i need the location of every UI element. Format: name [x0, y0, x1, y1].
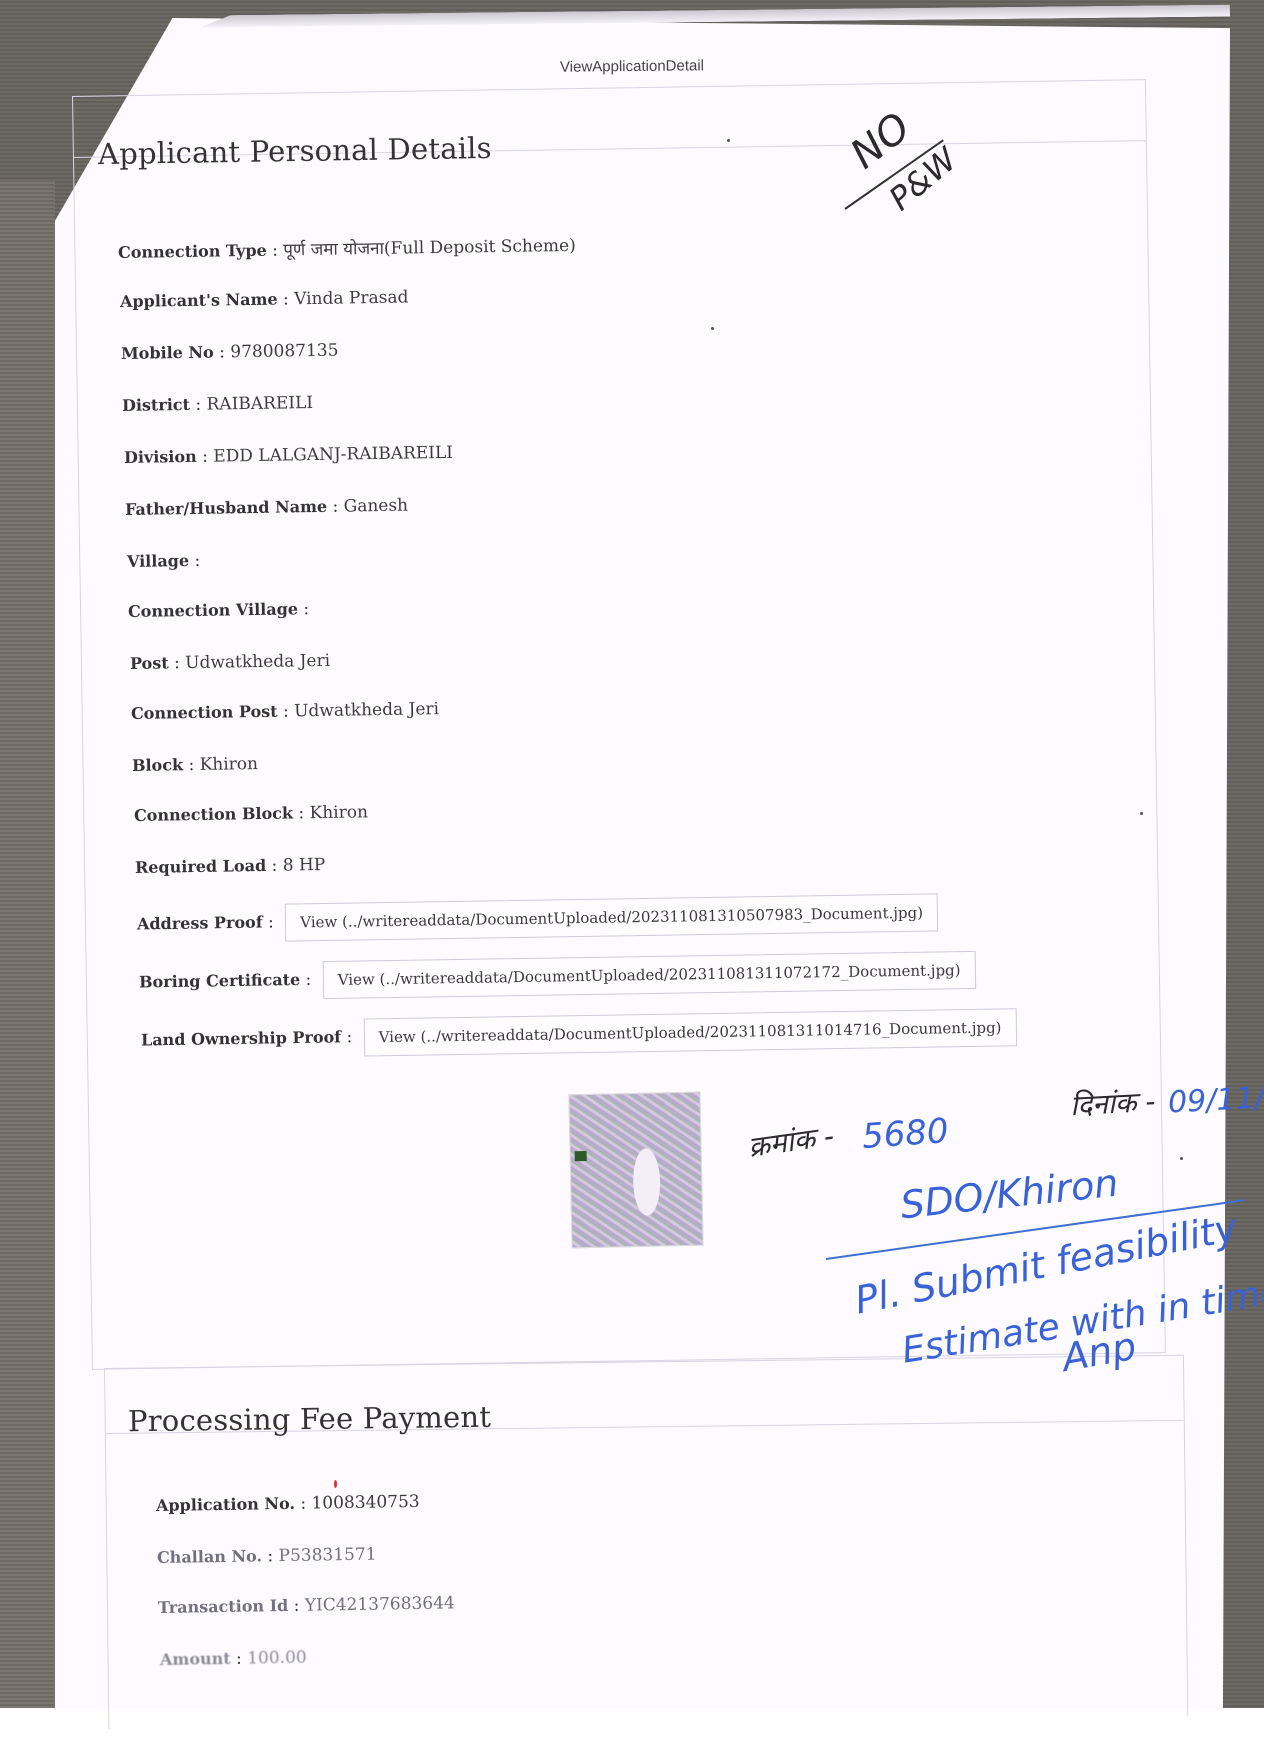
- field-separator: :: [267, 240, 284, 260]
- field-label: Father/Husband Name: [125, 497, 327, 519]
- field-label: Boring Certificate: [139, 970, 300, 992]
- field-label: Land Ownership Proof: [141, 1027, 341, 1049]
- field-value: YIC42137683644: [305, 1593, 455, 1615]
- field-separator: :: [295, 1494, 312, 1514]
- field-value: 8 HP: [283, 855, 326, 876]
- field-separator: :: [266, 856, 283, 876]
- applicant-photo: [568, 1092, 703, 1249]
- field-separator: :: [231, 1649, 248, 1669]
- applicant-section-title: Applicant Personal Details: [98, 131, 492, 171]
- scan-speck: [1180, 1157, 1183, 1160]
- detail-row: Amount : 100.00: [160, 1648, 307, 1670]
- field-separator: :: [300, 970, 317, 990]
- field-value: Ganesh: [344, 496, 409, 517]
- field-label: Required Load: [135, 856, 267, 877]
- field-separator: :: [277, 701, 294, 721]
- detail-row: Block : Khiron: [132, 754, 258, 776]
- scan-left-edge: [0, 180, 55, 1708]
- field-separator: :: [277, 289, 294, 309]
- field-separator: :: [327, 497, 344, 517]
- field-label: Mobile No: [121, 343, 214, 363]
- field-separator: :: [214, 342, 231, 362]
- field-separator: :: [190, 395, 207, 415]
- field-label: Challan No.: [157, 1546, 262, 1567]
- detail-row: Connection Village :: [128, 599, 309, 622]
- detail-row: Post : Udwatkheda Jeri: [130, 651, 330, 674]
- handwritten-date-value: 09/11/23: [1167, 1078, 1264, 1120]
- field-separator: :: [262, 912, 279, 932]
- field-value: Udwatkheda Jeri: [185, 651, 330, 673]
- handwritten-serial-number: 5680: [861, 1111, 950, 1157]
- field-label: Post: [130, 653, 169, 673]
- field-value: Vinda Prasad: [294, 287, 409, 309]
- field-label: Connection Post: [131, 702, 278, 723]
- field-label: Application No.: [156, 1494, 295, 1515]
- field-value: Khiron: [309, 802, 368, 823]
- detail-row: Mobile No : 9780087135: [121, 341, 339, 364]
- field-label: Transaction Id: [158, 1596, 289, 1617]
- field-value: EDD LALGANJ-RAIBAREILI: [213, 443, 453, 467]
- field-label: District: [122, 395, 190, 415]
- field-value: P53831571: [278, 1545, 376, 1567]
- field-separator: :: [293, 803, 310, 823]
- scan-speck: [727, 139, 730, 142]
- field-value: 100.00: [247, 1648, 307, 1669]
- photo-detail: [575, 1151, 587, 1161]
- detail-row: Connection Block : Khiron: [134, 802, 368, 826]
- detail-row: Application No. : 1008340753: [156, 1492, 420, 1516]
- field-label: Address Proof: [137, 913, 263, 934]
- field-separator: :: [183, 755, 200, 775]
- field-label: Connection Block: [134, 804, 293, 825]
- field-value: 9780087135: [230, 341, 338, 363]
- field-label: Connection Village: [128, 599, 298, 621]
- detail-row: District : RAIBAREILI: [122, 393, 313, 416]
- field-separator: :: [298, 599, 309, 619]
- field-label: Connection Type: [118, 241, 267, 262]
- scan-speck: [711, 327, 714, 330]
- field-separator: :: [262, 1546, 279, 1566]
- field-separator: :: [341, 1027, 358, 1047]
- field-value: 1008340753: [311, 1492, 419, 1514]
- detail-row: Challan No. : P53831571: [157, 1545, 377, 1568]
- detail-row: Village :: [127, 551, 201, 572]
- field-label: Division: [124, 447, 197, 467]
- field-value: RAIBAREILI: [206, 393, 313, 415]
- field-separator: :: [197, 447, 214, 467]
- field-label: Amount: [160, 1649, 231, 1669]
- field-value: Udwatkheda Jeri: [294, 699, 439, 721]
- field-label: Village: [127, 551, 189, 571]
- fee-section-title: Processing Fee Payment: [128, 1400, 491, 1438]
- scan-speck: [1140, 812, 1143, 815]
- field-value: Khiron: [199, 754, 258, 775]
- field-separator: :: [189, 551, 200, 571]
- field-separator: :: [288, 1596, 305, 1616]
- detail-row: Required Load : 8 HP: [135, 855, 326, 878]
- field-label: Applicant's Name: [120, 290, 278, 311]
- handwritten-date-label: दिनांक -: [1069, 1082, 1156, 1124]
- field-label: Block: [132, 755, 183, 775]
- field-separator: :: [169, 653, 186, 673]
- scan-speck: [334, 1480, 337, 1488]
